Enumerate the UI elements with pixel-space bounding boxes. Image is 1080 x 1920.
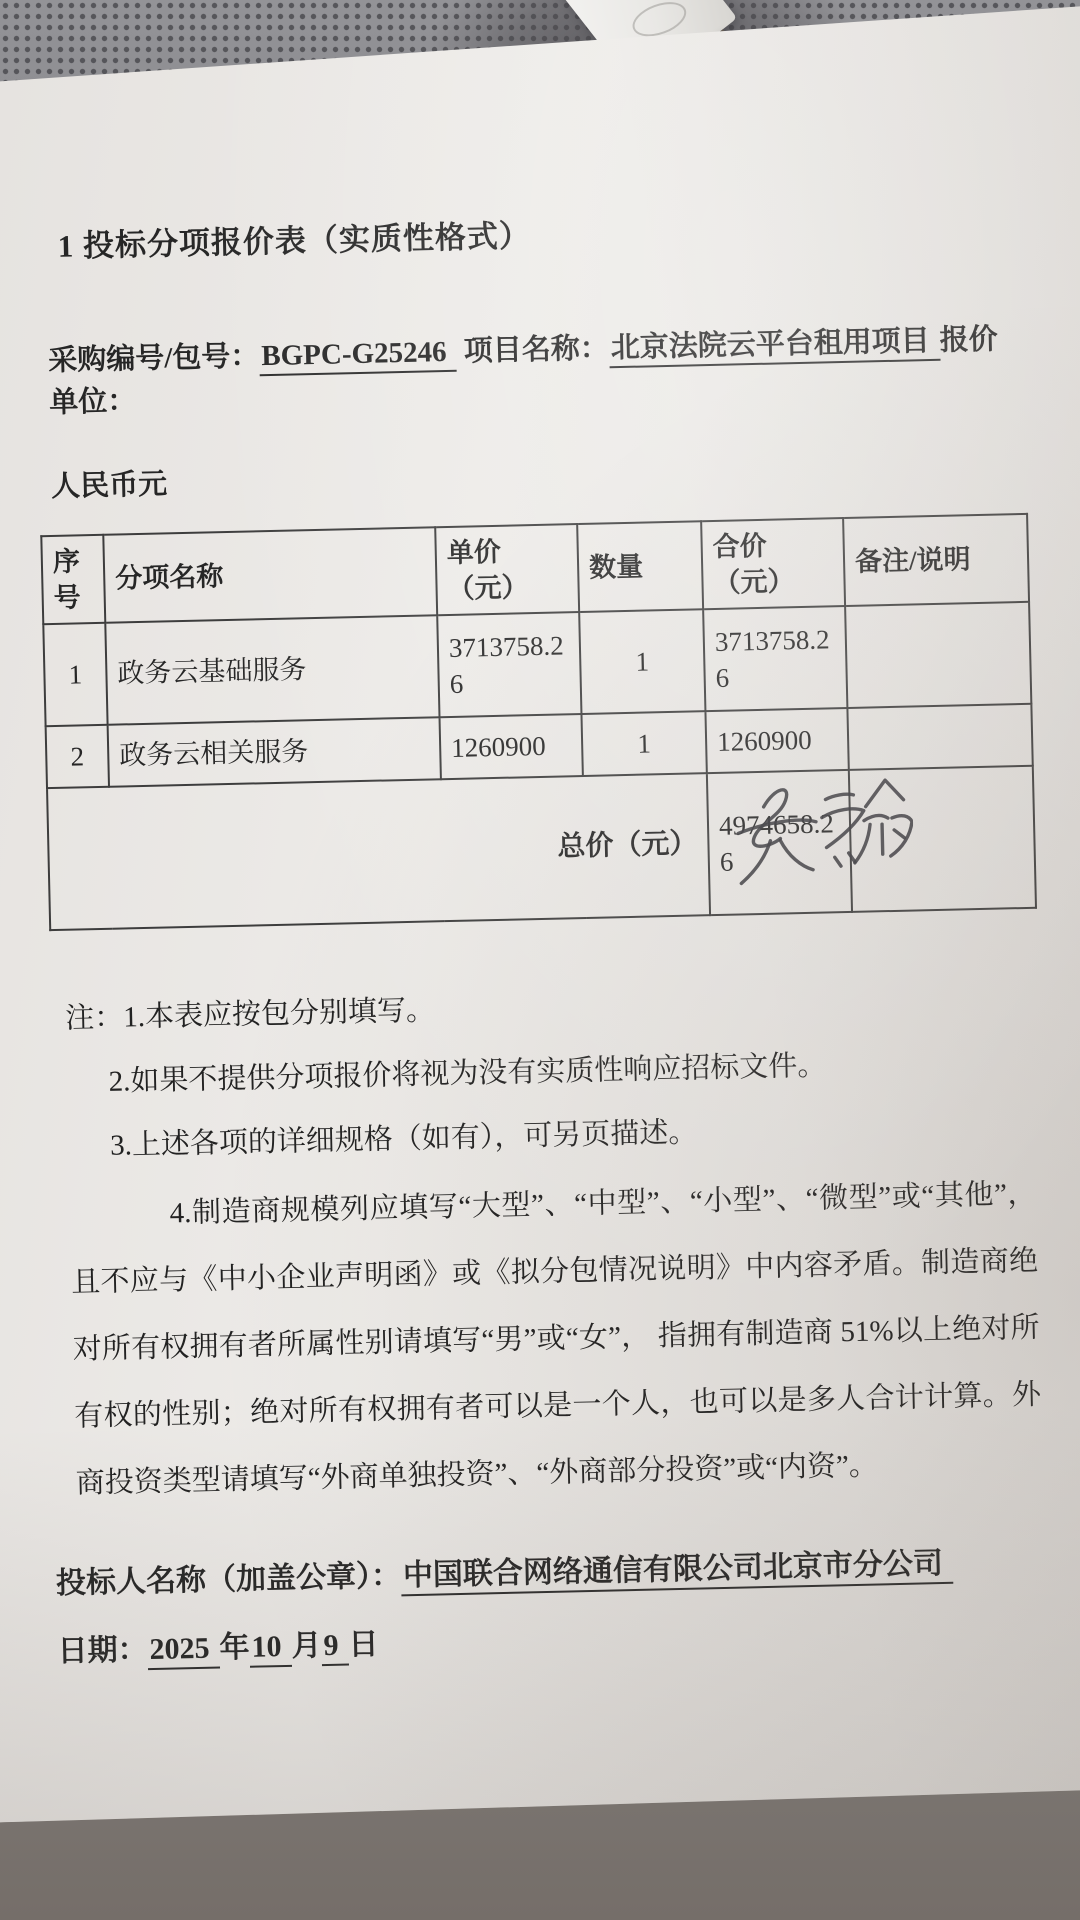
project-name-value: 北京法院云平台租用项目 [608,325,940,369]
notes-prefix: 注： [65,1002,124,1035]
header-unit-price: 单价（元） [435,524,579,615]
row2-quantity: 1 [581,711,706,776]
row2-item-name: 政务云相关服务 [108,717,441,787]
header-total-price: 合价（元） [701,518,845,609]
header-quantity: 数量 [577,521,703,612]
row2-seq-no: 2 [46,725,109,788]
notes-section: 注：1.本表应按包分别填写。 2.如果不提供分项报价将视为没有实质性响应招标文件… [65,965,1044,1518]
header-remark: 备注/说明 [843,514,1029,606]
row1-seq-no: 1 [43,623,107,726]
row2-total-price: 1260900 [705,708,848,773]
row1-unit-price: 3713758.26 [437,612,581,717]
date-label: 日期： [57,1633,148,1668]
header-item-name: 分项名称 [103,527,437,623]
handwritten-signature [727,766,915,910]
row1-item-name: 政务云基础服务 [105,615,439,725]
note-item-4: 4.制造商规模列应填写“大型”、“中型”、“小型”、“微型”或“其他”，且不应与… [69,1161,1043,1518]
procurement-number-value: BGPC-G25246 [259,336,457,376]
date-month: 10 [249,1629,292,1667]
row1-quantity: 1 [579,609,705,714]
procurement-number-label: 采购编号/包号： [48,340,260,377]
row2-remark [847,704,1032,770]
bidder-name-line: 投标人名称（加盖公章）：中国联合网络通信有限公司北京市分公司 [56,1540,1046,1606]
bidder-name-value: 中国联合网络通信有限公司北京市分公司 [401,1547,954,1597]
total-price-label: 总价（元） [47,773,710,930]
row2-unit-price: 1260900 [440,714,583,779]
row1-total-price: 3713758.26 [703,606,847,711]
document-meta-line: 采购编号/包号：BGPC-G25246 项目名称：北京法院云平台租用项目报价单位… [48,318,1019,424]
date-year: 2025 [147,1631,220,1670]
document-paper: 1 投标分项报价表（实质性格式） 采购编号/包号：BGPC-G25246 项目名… [0,5,1080,1823]
header-seq-no: 序号 [41,535,105,624]
footer-section: 投标人名称（加盖公章）：中国联合网络通信有限公司北京市分公司 日期：2025年1… [56,1540,1047,1673]
date-day: 9 [321,1628,349,1666]
date-line: 日期：2025年10月9日 [57,1607,1047,1673]
bidder-name-label: 投标人名称（加盖公章）： [56,1559,402,1600]
quote-unit-value: 人民币元 [51,442,1021,505]
project-name-label: 项目名称： [463,332,609,367]
row1-remark [845,602,1031,708]
